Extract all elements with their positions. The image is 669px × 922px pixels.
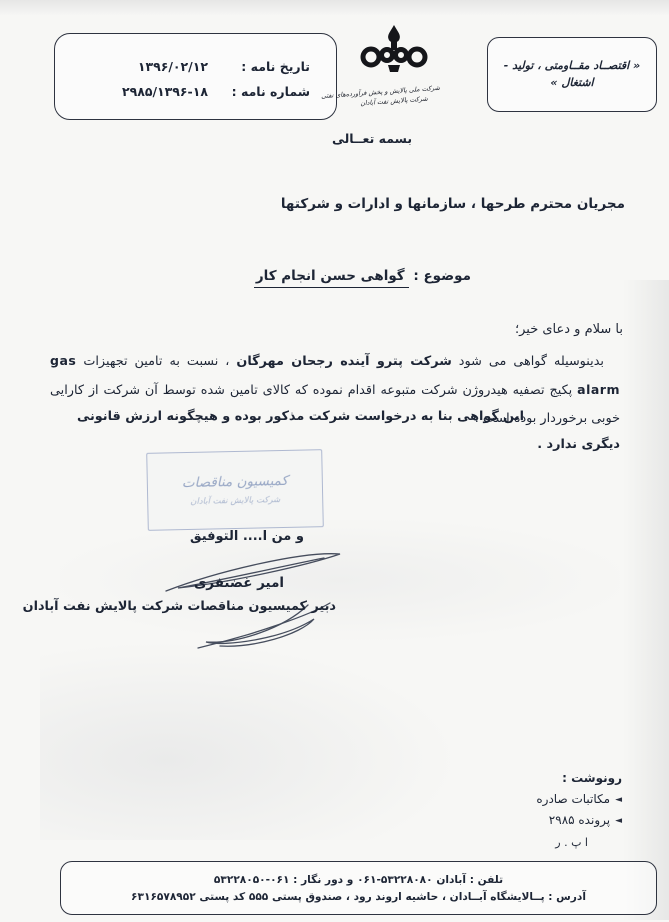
body-text-1: بدینوسیله گواهی می شود (459, 354, 604, 369)
slogan-box: « اقتصــاد مقــاومتی ، تولید - اشتغال » (487, 37, 657, 112)
approval-stamp: کمیسیون مناقصات شرکت پالایش نفت آبادان (146, 449, 324, 531)
scan-shadow-top (0, 0, 669, 16)
date-label: تاریخ نامه : (224, 59, 310, 74)
scanned-letter-page: { "header": { "slogan": "« اقتصــاد مقــ… (0, 0, 669, 922)
nioc-torch-icon (358, 24, 430, 82)
footer-address-line: آدرس : پــالایشگاه آبــادان ، حاشیه ارون… (131, 891, 586, 903)
footer-contact-box: تلفن : آبادان ۵۳۲۲۸۰۸۰-۰۶۱ و دور نگار : … (60, 861, 657, 915)
date-value: ۱۳۹۶/۰۲/۱۲ (138, 59, 208, 74)
stamp-line1: کمیسیون مناقصات (182, 473, 288, 491)
cc-bullet-icon: ◄ (615, 790, 622, 811)
cc-item: ◄ پرونده ۲۹۸۵ (536, 810, 622, 831)
stamp-line2: شرکت پالایش نفت آبادان (190, 495, 280, 507)
signer-title: دبیر کمیسیون مناقصات شرکت پالایش نفت آبا… (90, 599, 336, 614)
number-value: ۲۹۸۵/۱۳۹۶-۱۸ (122, 84, 208, 99)
scan-blotch-bottom (40, 640, 460, 840)
company-logo: شرکت ملی پالایش و پخش فرآورده‌های نفتی ش… (348, 24, 440, 105)
letter-meta-box: تاریخ نامه : ۱۳۹۶/۰۲/۱۲ شماره نامه : ۲۹۸… (54, 33, 337, 120)
closing-phrase: و من ا.... التوفیق (190, 529, 304, 544)
letter-number-row: شماره نامه : ۲۹۸۵/۱۳۹۶-۱۸ (63, 84, 310, 99)
subject-value: گواهی حسن انجام کار (254, 268, 409, 288)
cc-item-text: مکاتبات صادره (536, 789, 610, 810)
signature-scribble-icon (158, 545, 348, 650)
cc-section: رونوشت : ◄ مکاتبات صادره ◄ پرونده ۲۹۸۵ ا… (536, 768, 622, 853)
subject-label: موضوع : (413, 268, 471, 284)
cc-item-text: پرونده ۲۹۸۵ (549, 810, 610, 831)
number-label: شماره نامه : (224, 84, 310, 99)
basmala: بسمه تعــالی (322, 131, 422, 146)
cc-item: ◄ مکاتبات صادره (536, 789, 622, 810)
salutation: با سلام و دعای خیر؛ (515, 322, 623, 337)
addressee-line: مجریان محترم طرحها ، سازمانها و ادارات و… (281, 196, 625, 212)
cc-bullet-icon: ◄ (615, 811, 622, 832)
company-name: شرکت پترو آینده رجحان مهرگان (236, 354, 451, 369)
footer-phone-line: تلفن : آبادان ۵۳۲۲۸۰۸۰-۰۶۱ و دور نگار : … (214, 874, 503, 886)
cc-label: رونوشت : (536, 768, 622, 789)
letter-date-row: تاریخ نامه : ۱۳۹۶/۰۲/۱۲ (63, 59, 310, 74)
slogan-text: « اقتصــاد مقــاومتی ، تولید - اشتغال » (488, 58, 656, 91)
signer-name: امیر غضنفری (183, 575, 295, 591)
body-text-2: ، نسبت به تامین تجهیزات (83, 354, 229, 369)
typist-initials: ا پ . ر (536, 832, 588, 853)
scan-shadow-right (623, 280, 669, 920)
subject-line: موضوع : گواهی حسن انجام کار (254, 268, 471, 284)
disclaimer-line: این گواهی بنا به درخواست شرکت مذکور بوده… (50, 403, 620, 459)
